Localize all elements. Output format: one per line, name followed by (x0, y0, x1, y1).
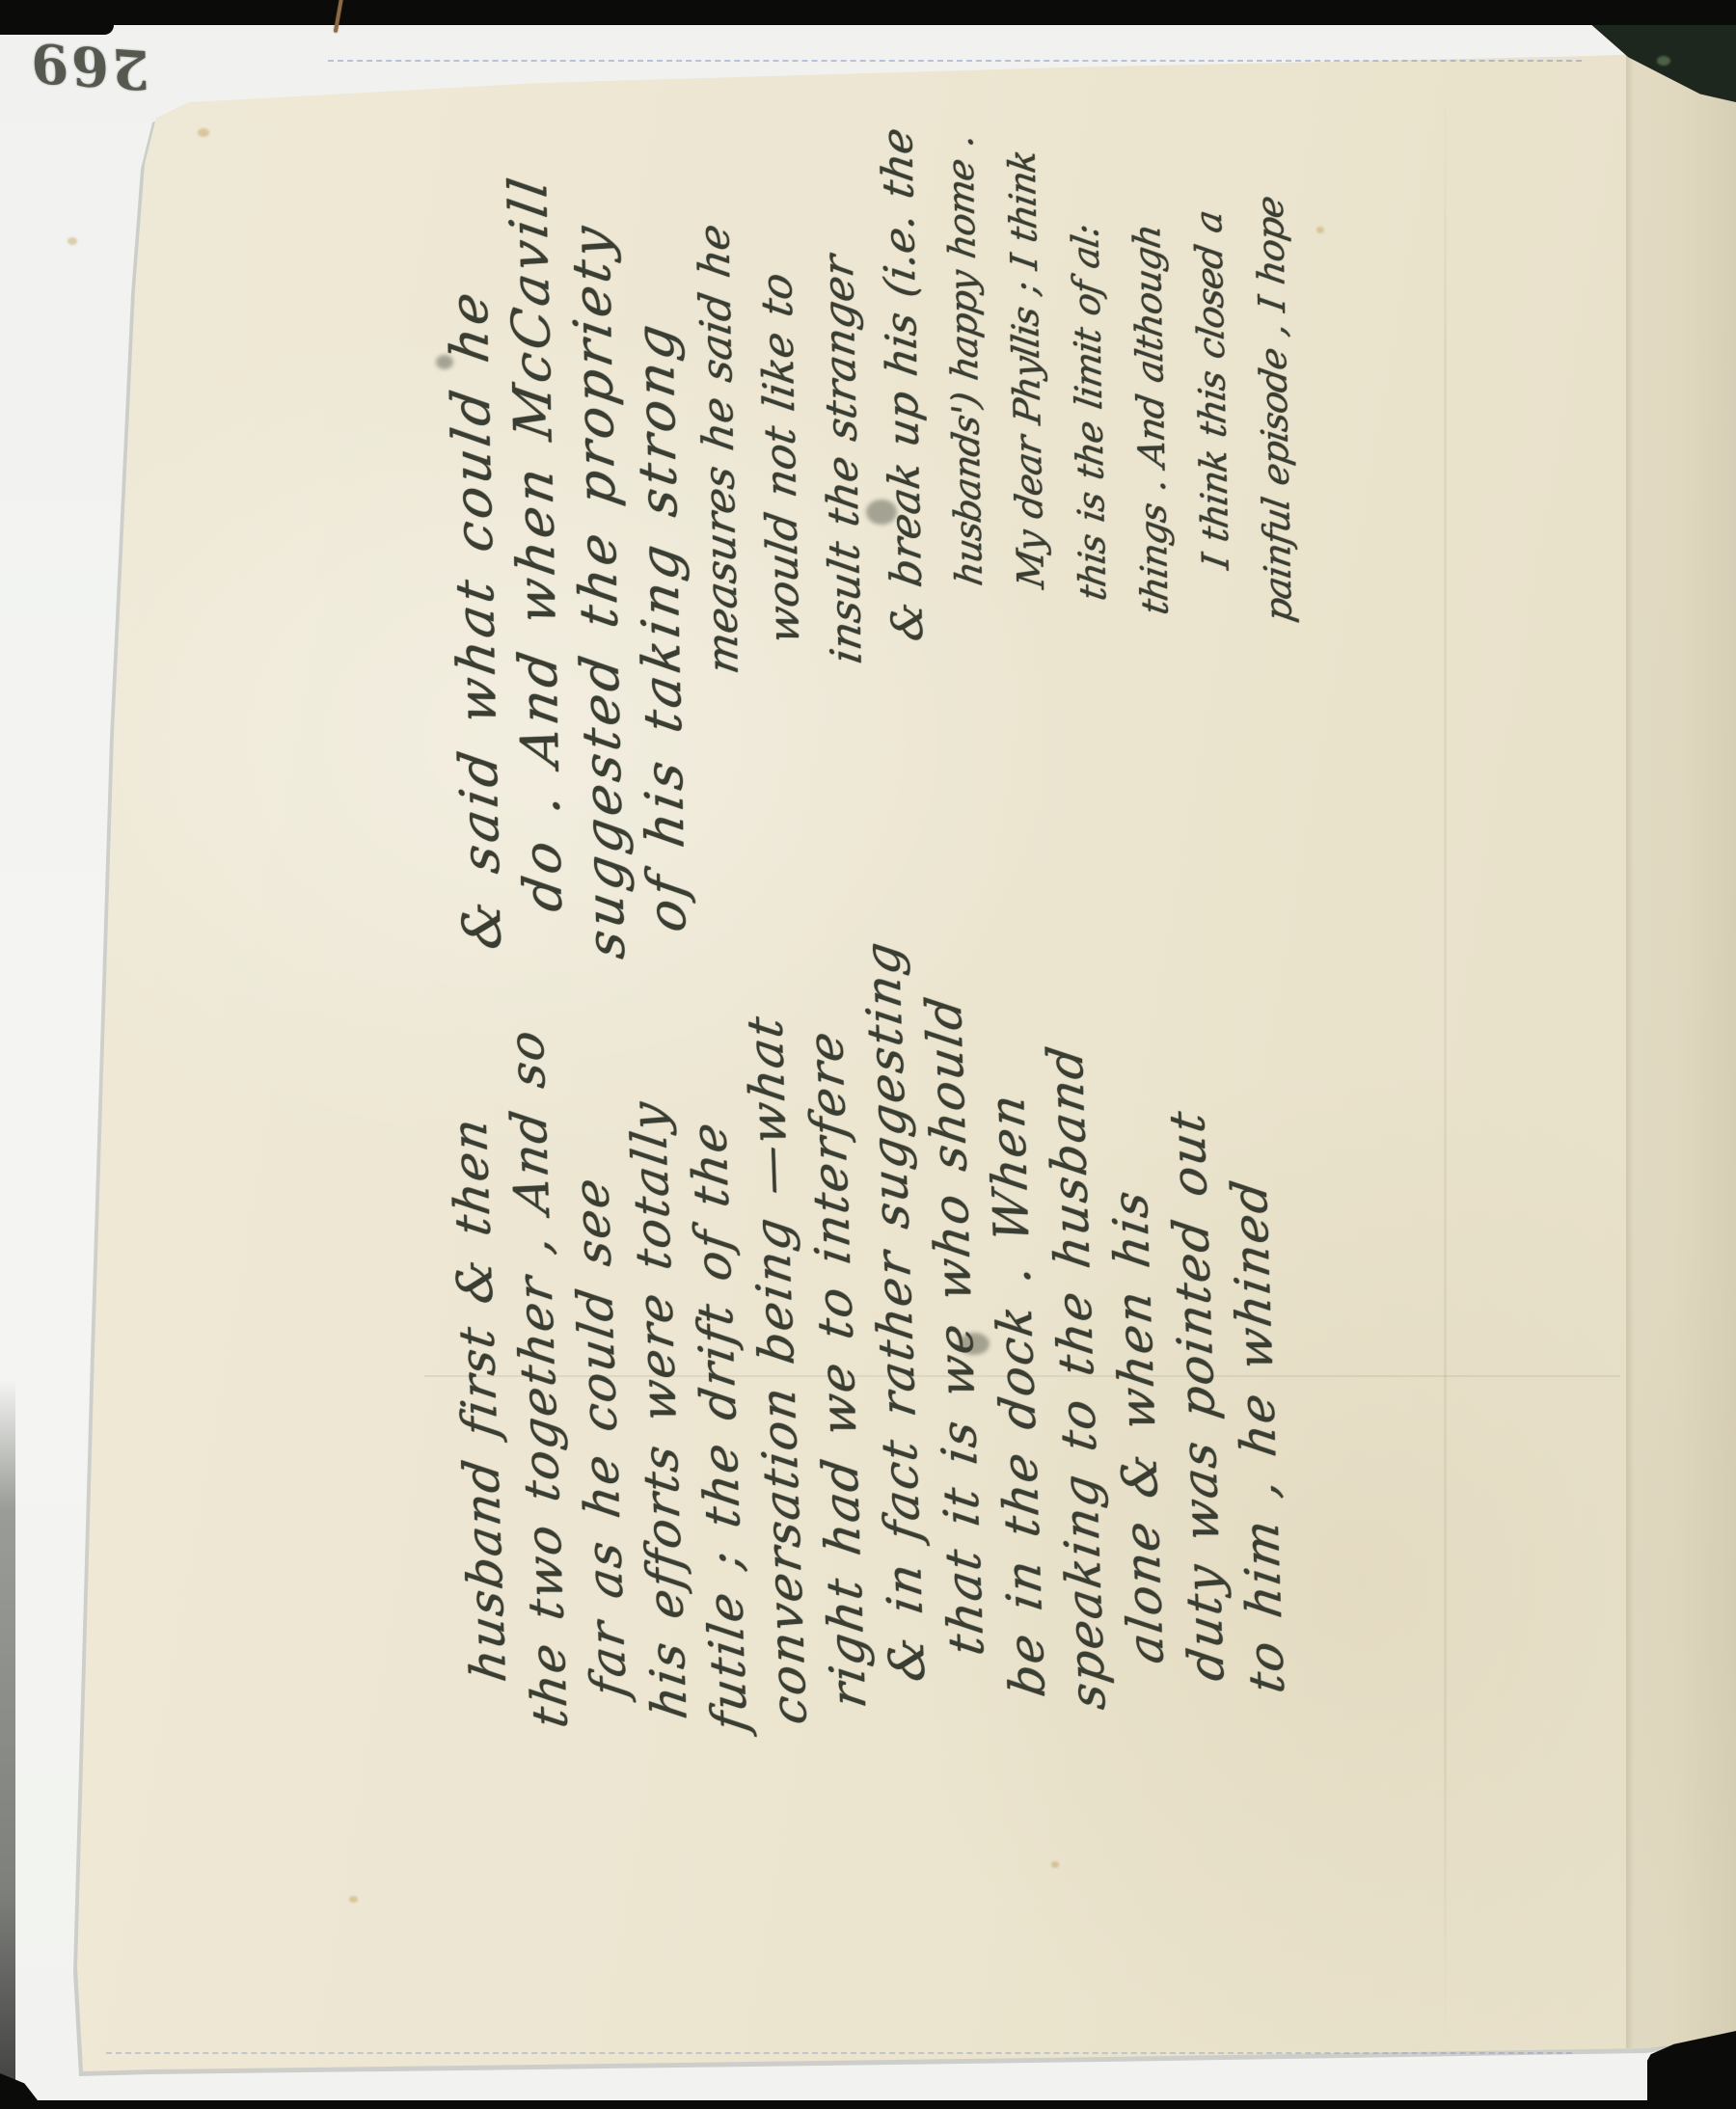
text-block-upper: & said what could he do . And when McCav… (436, 181, 1300, 974)
handwritten-line: things . And although (1115, 156, 1186, 619)
cover-moss-speck (1657, 56, 1670, 66)
handwritten-line: measures he said he (683, 165, 755, 678)
rotated-handwriting-column-1: husband first & then the two together , … (436, 991, 1298, 1745)
blue-ruled-backing-edge-top (328, 60, 1582, 62)
scanned-letter-page-photo: 269 & said what could he do . And when M… (0, 0, 1736, 2109)
foxing-speck (198, 128, 209, 137)
handwritten-line: would not like to (745, 164, 817, 648)
right-fold-strip (1626, 50, 1736, 2048)
handwritten-line: & break up his (i.e. the (868, 161, 940, 645)
foxing-speck (349, 1896, 358, 1903)
photo-edge-top (0, 0, 1736, 25)
photo-edge-left (0, 1379, 15, 2109)
handwritten-line: husbands') happy home . (930, 160, 1000, 590)
handwritten-line: I think this closed a (1177, 155, 1247, 574)
handwritten-line: insult the stranger (806, 163, 879, 668)
blue-ruled-backing-edge-bottom (106, 2052, 1572, 2054)
foxing-speck (68, 237, 77, 245)
foxing-speck (1316, 227, 1324, 233)
foxing-speck (1051, 1861, 1059, 1868)
vertical-crease (1444, 64, 1447, 2050)
photo-edge-bottom-left (0, 2073, 44, 2109)
handwritten-line: this is the limit of al: (1053, 157, 1125, 605)
photo-edge-top-left (0, 0, 114, 35)
text-block-lower: husband first & then the two together , … (436, 1020, 1273, 1745)
page-number: 269 (27, 29, 150, 101)
handwritten-line: My dear Phyllis ; I think (991, 159, 1062, 593)
handwritten-line: painful episode , I hope (1238, 153, 1310, 626)
photo-edge-bottom (0, 2100, 1736, 2109)
rotated-handwriting-column-2: & said what could he do . And when McCav… (436, 163, 1316, 974)
